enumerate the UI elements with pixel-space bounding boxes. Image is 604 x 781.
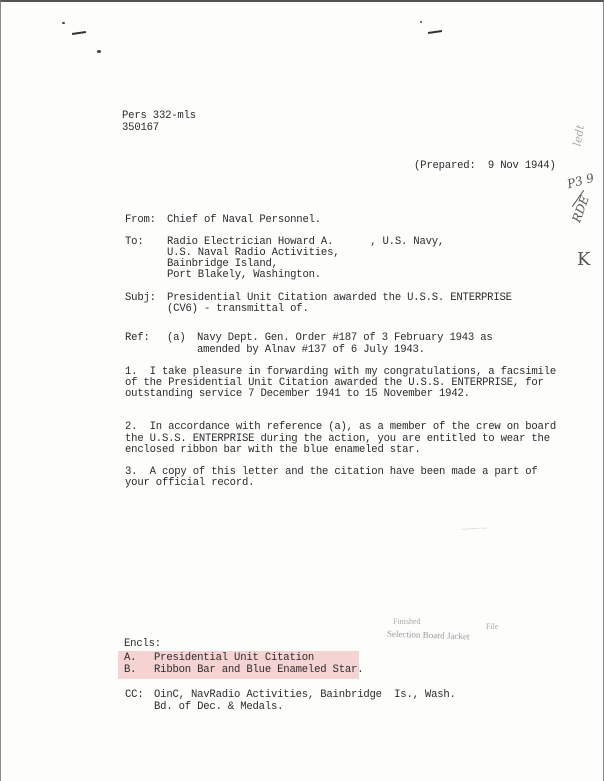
enclosures-label: Encls: [124, 639, 161, 651]
paragraph-line: enclosed ribbon bar with the blue enamel… [125, 445, 421, 457]
enclosure-letter-a: A. [124, 653, 136, 665]
file-reference-line1: Pers 332-mls [122, 111, 196, 123]
to-label: To: [125, 237, 143, 249]
from-label: From: [125, 215, 156, 227]
cc-label: CC: [125, 690, 143, 702]
stray-dash [72, 31, 86, 35]
stamp-line1: Finished [393, 617, 421, 626]
stray-dash [428, 30, 442, 34]
cc-line: Bd. of Dec. & Medals. [154, 702, 283, 714]
paragraph-line: 2. In accordance with reference (a), as … [125, 422, 556, 434]
handwritten-check-mark: K [577, 249, 590, 270]
from-value: Chief of Naval Personnel. [167, 215, 321, 227]
paragraph-line: outstanding service 7 December 1941 to 1… [125, 389, 470, 401]
faint-signature: ......... ... [461, 521, 487, 531]
stray-mark [62, 22, 65, 24]
letter-page: Pers 332-mls 350167 (Prepared: 9 Nov 194… [0, 0, 604, 781]
enclosure-item-b: Ribbon Bar and Blue Enameled Star. [154, 665, 363, 677]
handwritten-initials: ledt [570, 124, 587, 147]
subject-line: (CV6) - transmittal of. [167, 304, 309, 316]
stray-mark [97, 50, 101, 53]
enclosure-item-a: Presidential Unit Citation [154, 653, 314, 665]
reference-line: Navy Dept. Gen. Order #187 of 3 February… [197, 333, 493, 345]
enclosure-letter-b: B. [124, 665, 136, 677]
stamp-line2: File [486, 622, 498, 631]
stray-mark [420, 21, 422, 23]
to-line: Port Blakely, Washington. [167, 270, 321, 282]
stamp-line3: Selection Board Jacket [387, 629, 470, 642]
paragraph-line: your official record. [125, 478, 254, 490]
reference-line: amended by Alnav #137 of 6 July 1943. [197, 345, 425, 357]
handwritten-code-bottom: RDE [569, 194, 592, 225]
subject-label: Subj: [125, 293, 156, 305]
prepared-date: (Prepared: 9 Nov 1944) [414, 161, 556, 173]
reference-label: Ref: [125, 333, 150, 345]
cc-line: OinC, NavRadio Activities, Bainbridge Is… [154, 690, 456, 702]
reference-item: (a) [167, 333, 185, 345]
file-reference-line2: 350167 [122, 123, 159, 135]
handwritten-code-top: P3 9 [566, 171, 596, 192]
